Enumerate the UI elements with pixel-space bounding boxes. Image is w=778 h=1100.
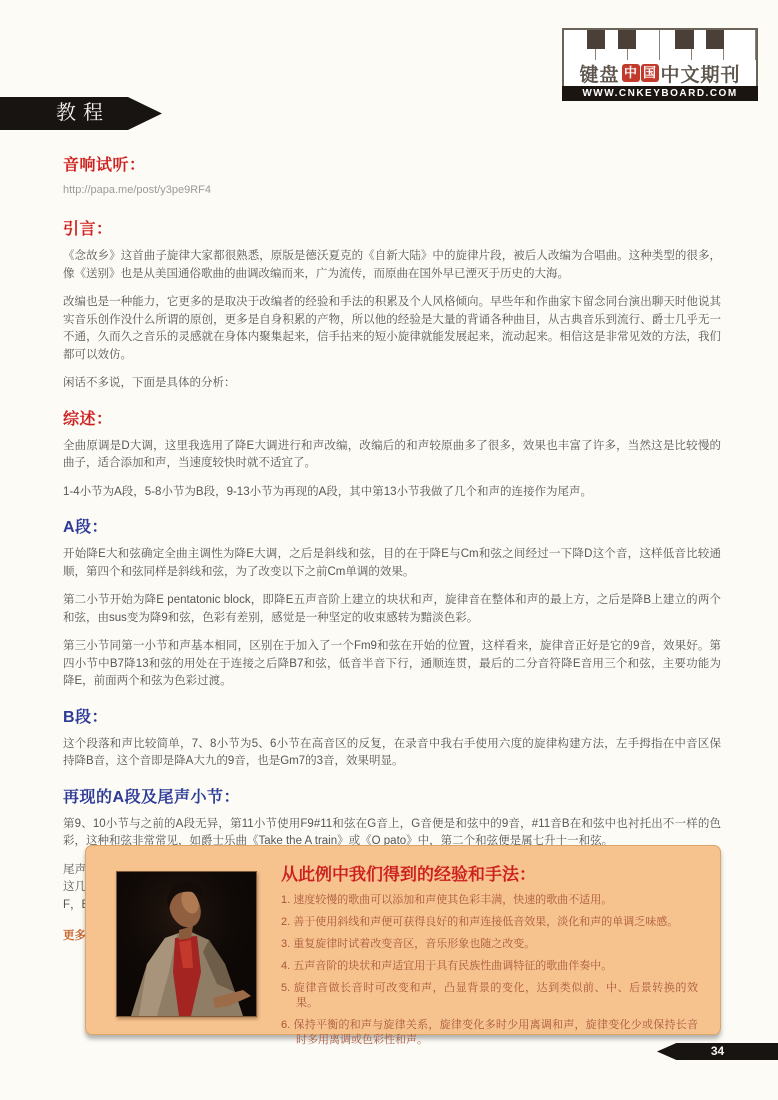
experience-box: 从此例中我们得到的经验和手法： 1. 速度较慢的歌曲可以添加和声使其色彩丰满，快… (85, 845, 721, 1035)
audio-heading: 音响试听： (63, 152, 721, 175)
section-audio: 音响试听： http://papa.me/post/y3pe9RF4 (63, 152, 721, 196)
section-b-heading: B段： (63, 704, 721, 727)
logo-wordmark: 键盘 中 国 中文期刊 (562, 60, 758, 86)
piano-keys-icon (562, 28, 758, 60)
intro-heading: 引言： (63, 216, 721, 239)
section-a-heading: A段： (63, 514, 721, 537)
experience-item: 6. 保持平衡的和声与旋律关系，旋律变化多时少用离调和声，旋律变化少或保持长音时… (281, 1018, 698, 1048)
logo-seal-char: 国 (641, 64, 659, 82)
overview-paragraph: 1-4小节为A段，5-8小节为B段，9-13小节为再现的A段，其中第13小节我做… (63, 484, 721, 502)
pianist-photo (116, 871, 257, 1017)
section-overview: 综述： 全曲原调是D大调，这里我选用了降E大调进行和声改编，改编后的和声较原曲多… (63, 406, 721, 502)
overview-heading: 综述： (63, 406, 721, 429)
intro-paragraph: 改编也是一种能力，它更多的是取决于改编者的经验和手法的积累及个人风格倾向。早些年… (63, 294, 721, 364)
experience-item: 5. 旋律音做长音时可改变和声，凸显背景的变化，达到类似前、中、后景转换的效果。 (281, 981, 698, 1011)
overview-paragraph: 全曲原调是D大调，这里我选用了降E大调进行和声改编，改编后的和声较原曲多了很多，… (63, 438, 721, 473)
experience-item: 3. 重复旋律时试着改变音区，音乐形象也随之改变。 (281, 937, 698, 952)
section-a-paragraph: 第三小节同第一小节和声基本相同，区别在于加入了一个Fm9和弦在开始的位置，这样看… (63, 638, 721, 691)
magazine-logo: 键盘 中 国 中文期刊 WWW.CNKEYBOARD.COM (562, 28, 758, 101)
article-content: 音响试听： http://papa.me/post/y3pe9RF4 引言： 《… (63, 152, 721, 958)
intro-paragraph: 闲话不多说，下面是具体的分析： (63, 375, 721, 393)
section-a-paragraph: 开始降E大和弦确定全曲主调性为降E大调，之后是斜线和弦，目的在于降E与Cm和弦之… (63, 546, 721, 581)
audio-link[interactable]: http://papa.me/post/y3pe9RF4 (63, 184, 721, 196)
section-b: B段： 这个段落和声比较简单，7、8小节为5、6小节在高音区的反复，在录音中我右… (63, 704, 721, 771)
section-b-paragraph: 这个段落和声比较简单，7、8小节为5、6小节在高音区的反复，在录音中我右手使用六… (63, 736, 721, 771)
experience-title: 从此例中我们得到的经验和手法： (281, 860, 698, 885)
experience-item: 2. 善于使用斜线和声便可获得良好的和声连接低音效果，淡化和声的单调乏味感。 (281, 915, 698, 930)
tutorial-banner: 教程 (0, 97, 162, 130)
logo-seal: 中 国 (622, 64, 659, 82)
logo-brand-left: 键盘 (579, 60, 619, 87)
intro-paragraph: 《念故乡》这首曲子旋律大家都很熟悉，原版是德沃夏克的《自新大陆》中的旋律片段，被… (63, 248, 721, 283)
logo-site-url: WWW.CNKEYBOARD.COM (562, 86, 758, 101)
logo-seal-char: 中 (622, 64, 640, 82)
experience-item: 1. 速度较慢的歌曲可以添加和声使其色彩丰满，快速的歌曲不适用。 (281, 893, 698, 908)
section-a: A段： 开始降E大和弦确定全曲主调性为降E大调，之后是斜线和弦，目的在于降E与C… (63, 514, 721, 691)
experience-item: 4. 五声音阶的块状和声适宜用于具有民族性曲调特征的歌曲伴奏中。 (281, 959, 698, 974)
logo-brand-right: 中文期刊 (661, 60, 741, 87)
page-number-banner: 34 (657, 1043, 778, 1060)
section-a-paragraph: 第二小节开始为降E pentatonic block，即降E五声音阶上建立的块状… (63, 592, 721, 627)
experience-content: 从此例中我们得到的经验和手法： 1. 速度较慢的歌曲可以添加和声使其色彩丰满，快… (257, 846, 720, 1034)
reprise-heading: 再现的A段及尾声小节： (63, 784, 721, 807)
section-intro: 引言： 《念故乡》这首曲子旋律大家都很熟悉，原版是德沃夏克的《自新大陆》中的旋律… (63, 216, 721, 393)
